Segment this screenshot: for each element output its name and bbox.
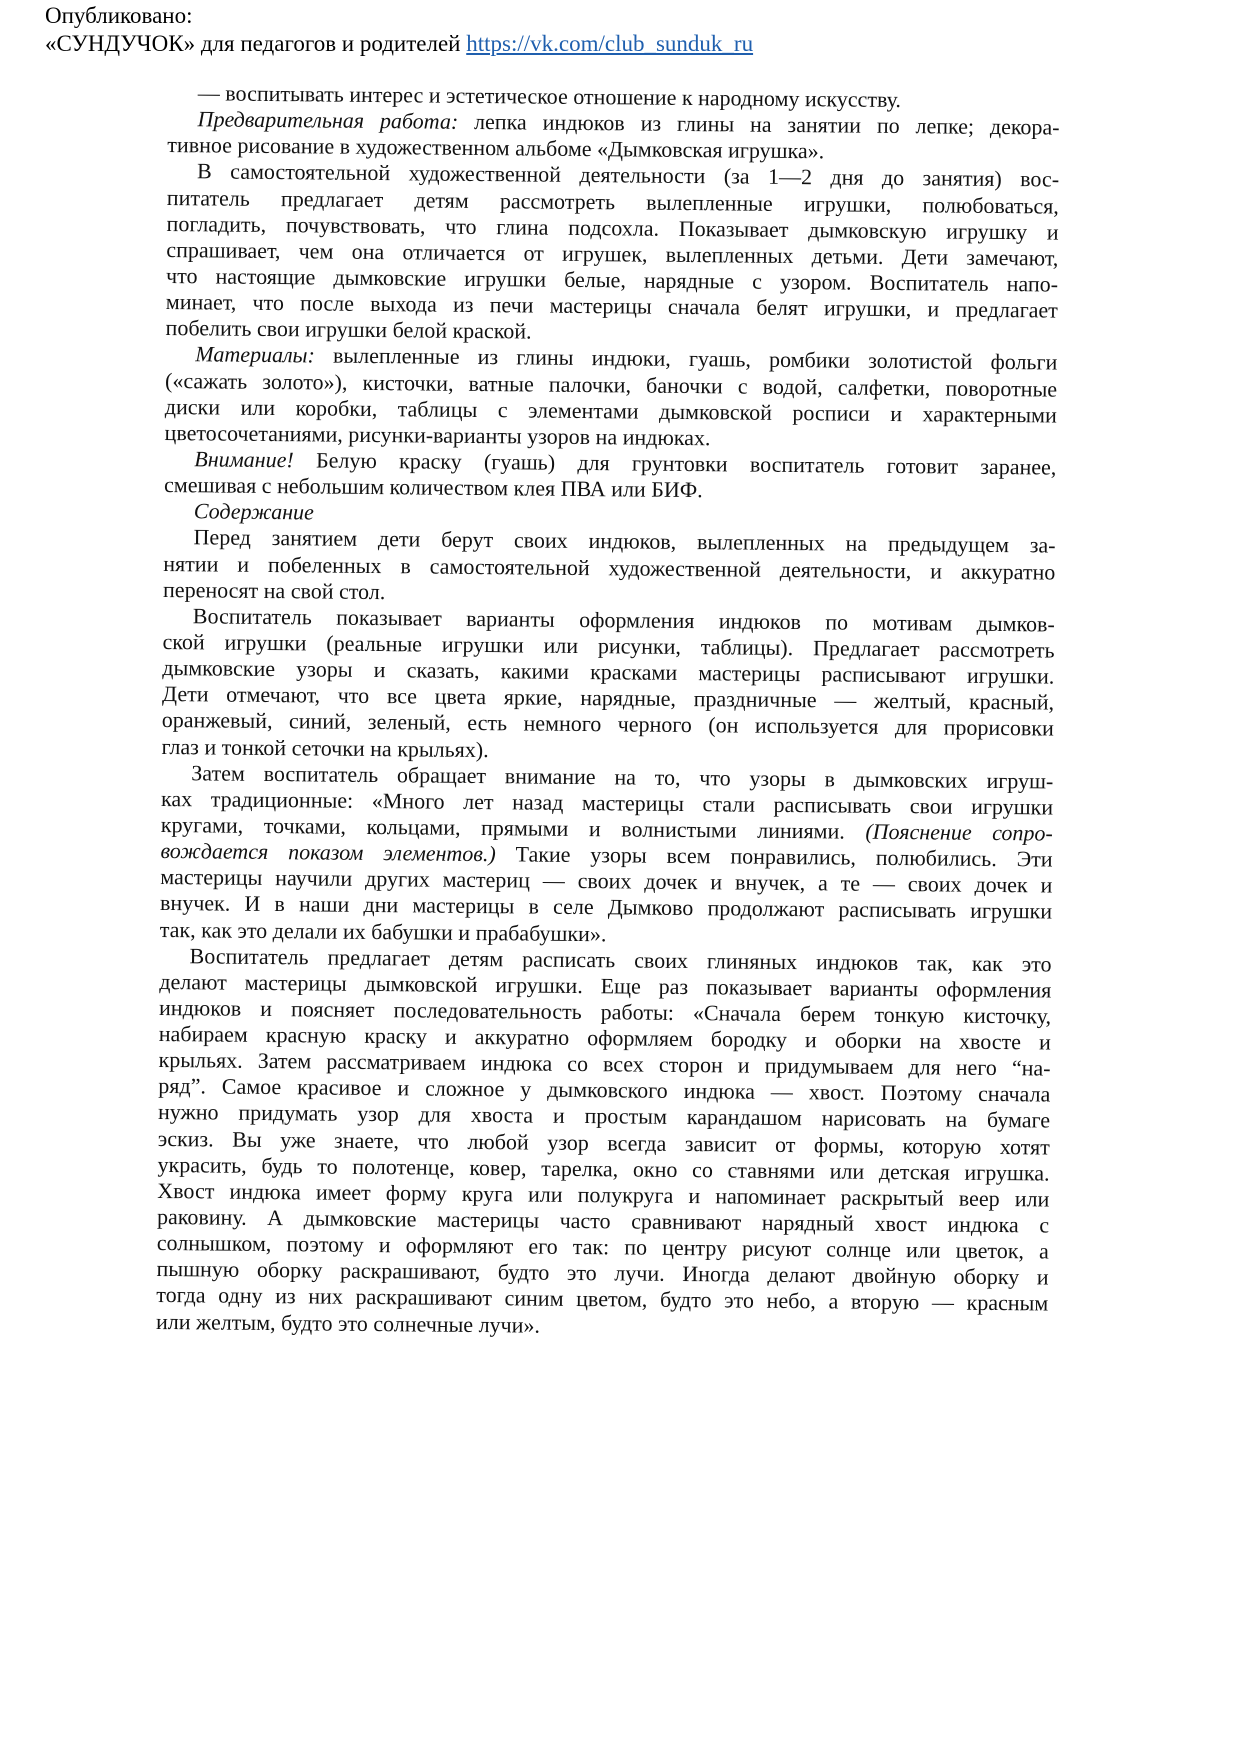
document-body: — воспитывать интерес и эстетическое отн… xyxy=(156,80,1060,1343)
line-text: смешивая с небольшим количеством клея ПВ… xyxy=(164,472,703,502)
italic-tail: (Пояснение сопро- xyxy=(845,818,1053,845)
line-text: так, как это делали их бабушки и прабабу… xyxy=(160,916,607,945)
line-text: Такие узоры всем понравились, полюбились… xyxy=(496,841,1053,871)
source-text: «СУНДУЧОК» для педагогов и родителей xyxy=(45,31,460,56)
line-text: цветосочетаниями, рисунки-варианты узоро… xyxy=(164,420,710,450)
italic-lead: Содержание xyxy=(194,499,314,525)
line-text: или желтым, будто это солнечные лучи». xyxy=(156,1309,540,1338)
line-text: переносят на свой стол. xyxy=(163,577,385,604)
paragraph: Предварительная работа: лепка индюков из… xyxy=(167,106,1059,167)
italic-lead: вождается показом элементов.) xyxy=(160,838,495,866)
paragraph: Внимание! Белую краску (гуашь) для грунт… xyxy=(164,446,1056,507)
italic-lead: Материалы: xyxy=(195,342,315,368)
italic-lead: Внимание! xyxy=(194,446,294,472)
paragraph: В самостоятельной художественной деятель… xyxy=(165,158,1059,350)
paragraph: Материалы: вылепленные из глины индюки, … xyxy=(164,341,1057,454)
line-text: глаз и тонкой сеточки на крыльях). xyxy=(161,733,488,761)
line-text: побелить свои игрушки белой краской. xyxy=(166,315,532,344)
paragraph: Воспитатель предлагает детям расписать с… xyxy=(156,943,1052,1344)
source-line: «СУНДУЧОК» для педагогов и родителей htt… xyxy=(45,30,753,58)
italic-lead: Предварительная работа: xyxy=(198,106,459,134)
publication-header: Опубликовано: «СУНДУЧОК» для педагогов и… xyxy=(45,2,753,58)
paragraph: Перед занятием дети берут своих индюков,… xyxy=(163,524,1056,611)
paragraph: Воспитатель показывает варианты оформлен… xyxy=(161,603,1054,768)
paragraph: Затем воспитатель обращает внимание на т… xyxy=(160,760,1054,952)
published-label: Опубликовано: xyxy=(45,2,753,30)
source-link[interactable]: https://vk.com/club_sunduk_ru xyxy=(466,31,753,56)
